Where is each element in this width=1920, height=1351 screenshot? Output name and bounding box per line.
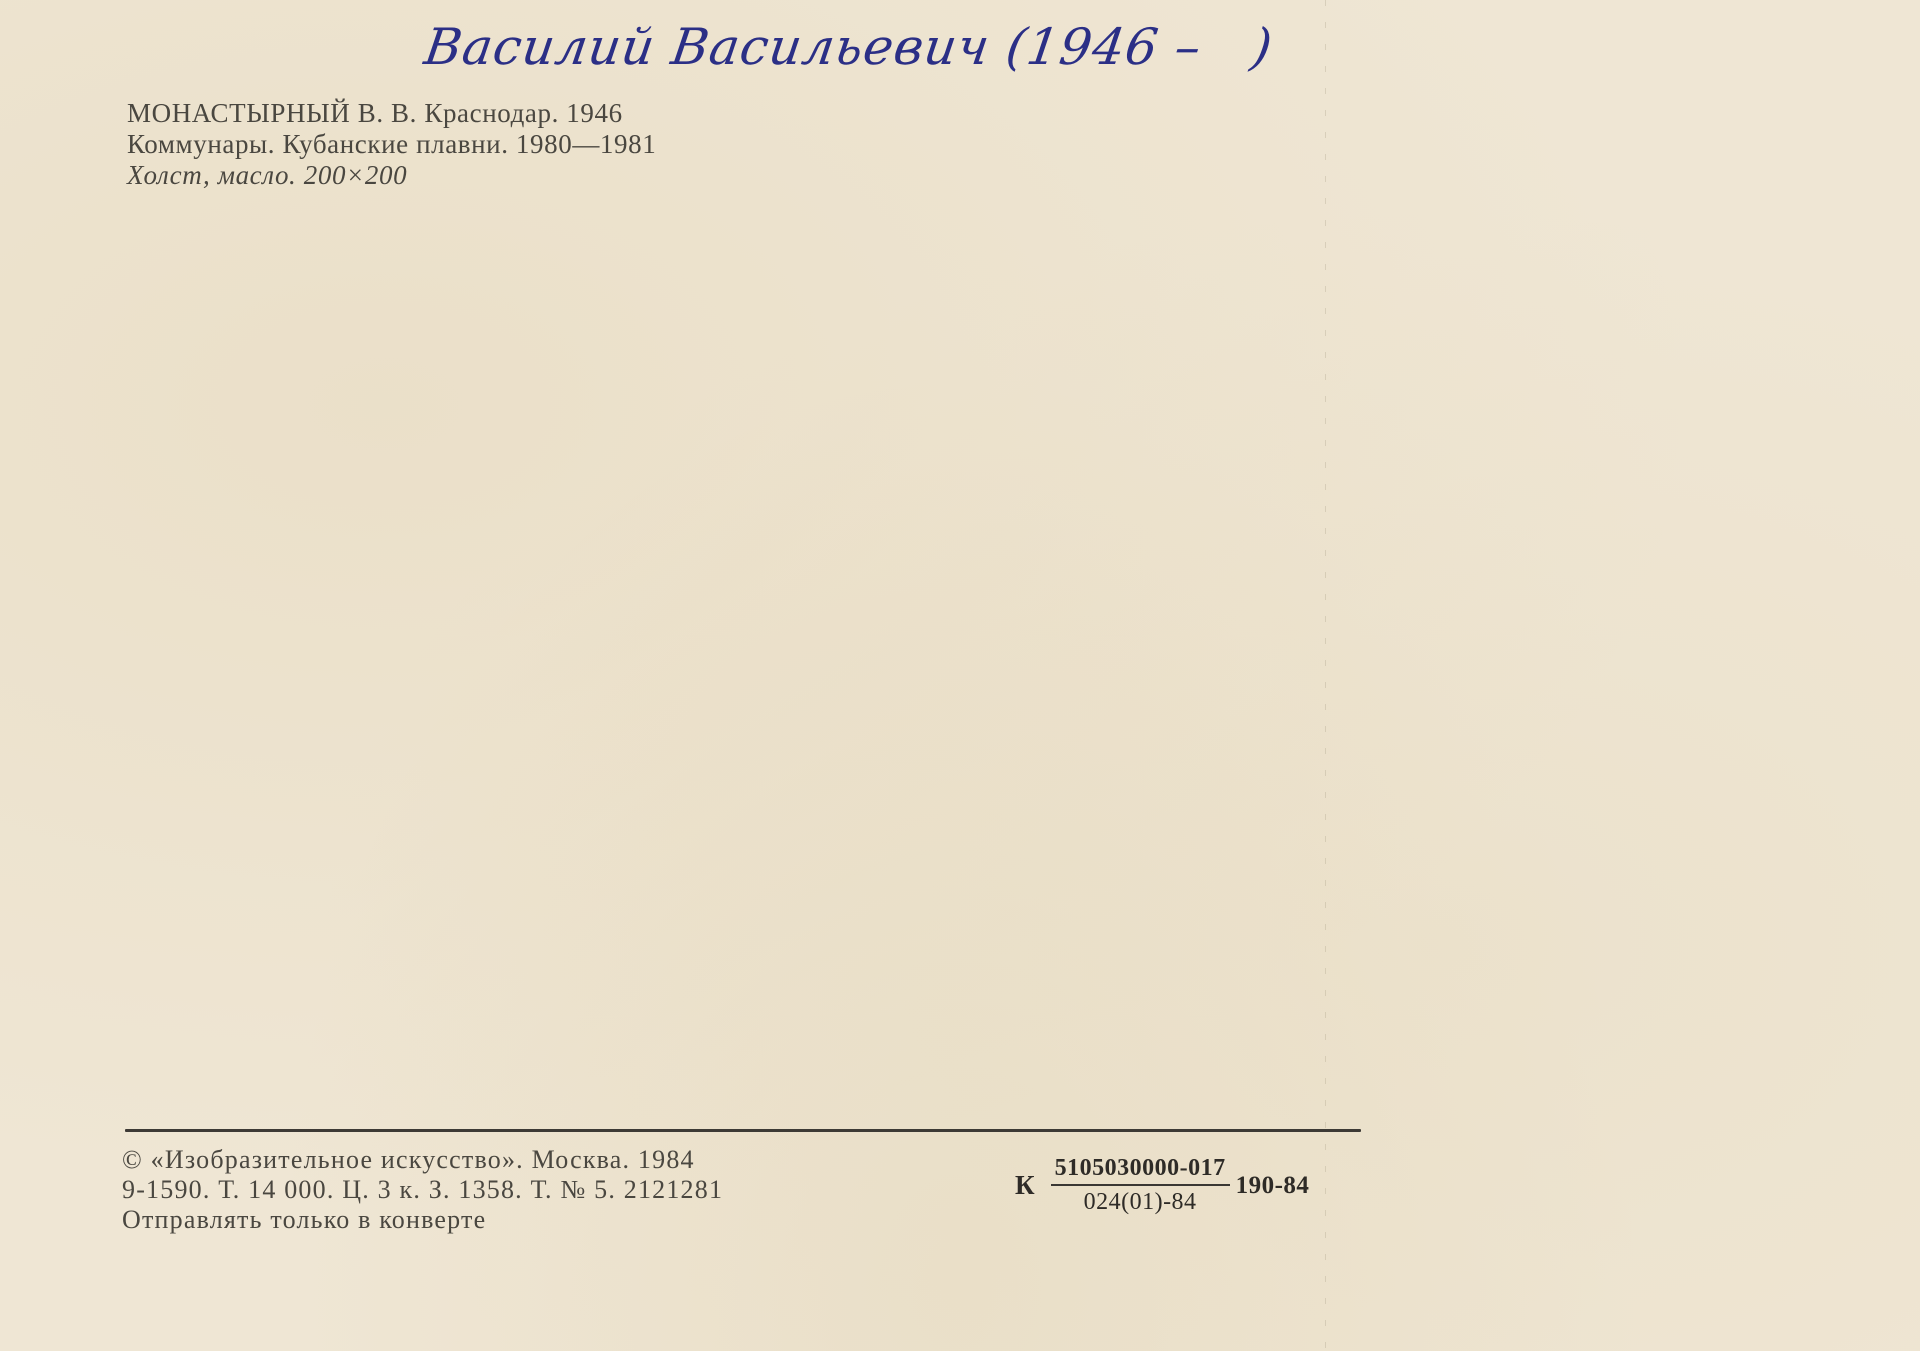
mailing-note: Отправлять только в конверте [122,1205,723,1235]
artist-line: МОНАСТЫРНЫЙ В. В. Краснодар. 1946 [127,98,656,129]
horizontal-rule [125,1129,1361,1132]
catalog-code-numerator: 5105030000-017 [1051,1155,1230,1186]
catalog-code: К 5105030000-017 024(01)-84 190-84 [1015,1155,1309,1216]
catalog-code-prefix: К [1015,1170,1035,1201]
handwritten-note: Василий Васильевич (1946 – ) [421,22,1275,72]
fold-line [1325,0,1326,1351]
catalog-code-denominator: 024(01)-84 [1084,1186,1197,1216]
postcard-back: Василий Васильевич (1946 – ) МОНАСТЫРНЫЙ… [0,0,1920,1351]
medium-line: Холст, масло. 200×200 [127,160,656,191]
catalog-code-suffix: 190-84 [1236,1172,1310,1200]
publisher-line: © «Изобразительное искусство». Москва. 1… [122,1145,723,1175]
publisher-imprint: © «Изобразительное искусство». Москва. 1… [122,1145,723,1235]
artwork-title-line: Коммунары. Кубанские плавни. 1980—1981 [127,129,656,160]
catalog-code-fraction: 5105030000-017 024(01)-84 [1051,1155,1230,1216]
artwork-caption: МОНАСТЫРНЫЙ В. В. Краснодар. 1946 Коммун… [127,98,656,191]
print-details-line: 9-1590. Т. 14 000. Ц. 3 к. З. 1358. Т. №… [122,1175,723,1205]
